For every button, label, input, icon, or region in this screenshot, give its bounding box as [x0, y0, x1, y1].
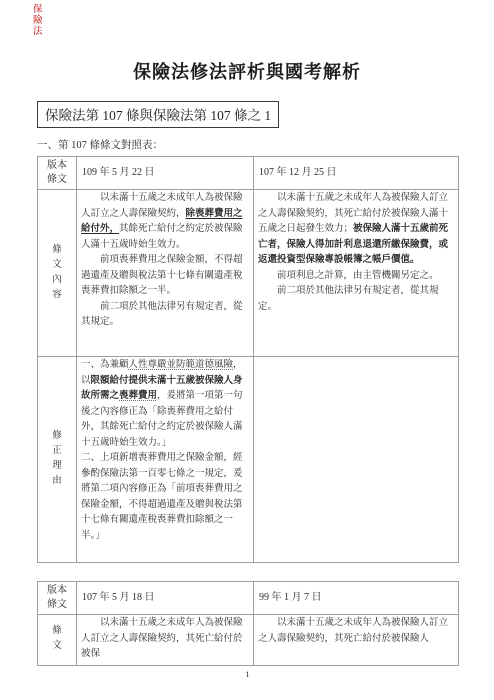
- row-header-version: 版本條文: [38, 157, 77, 190]
- table-row: 版本條文 109 年 5 月 22 日 107 年 12 月 25 日: [38, 157, 459, 190]
- row-header-content-2-label: 條文: [52, 624, 62, 654]
- cell-version-2-date-left: 107 年 5 月 18 日: [77, 582, 254, 615]
- cell-reason-right: [254, 357, 459, 563]
- section-heading: 一、第 107 條條文對照表：: [37, 137, 494, 152]
- table-row: 修正理由 一、為兼顧人性尊嚴並防範道德風險，以限額給付提供未滿十五歲被保險人身故…: [38, 357, 459, 563]
- row-header-content-label: 條文內容: [52, 243, 62, 303]
- cell-content-right: 以未滿十五歲之未成年人為被保險人訂立之人壽保險契約，其死亡給付於被保險人滿十五歲…: [254, 190, 459, 357]
- row-header-version-label: 版本條文: [47, 159, 67, 187]
- row-header-reason: 修正理由: [38, 357, 77, 563]
- row-header-content: 條文內容: [38, 190, 77, 357]
- row-header-reason-label: 修正理由: [52, 429, 62, 489]
- cell-content-2-right: 以未滿十五歲之未成年人為被保險人訂立之人壽保險契約，其死亡給付於被保險人: [254, 615, 459, 666]
- cell-content-2-left: 以未滿十五歲之未成年人為被保險人訂立之人壽保險契約，其死亡給付於被保: [77, 615, 254, 666]
- cell-content-left: 以未滿十五歲之未成年人為被保險人訂立之人壽保險契約，除喪葬費用之給付外，其餘死亡…: [77, 190, 254, 357]
- margin-red-label: 保險法: [33, 5, 43, 38]
- table-row: 條文內容 以未滿十五歲之未成年人為被保險人訂立之人壽保險契約，除喪葬費用之給付外…: [38, 190, 459, 357]
- subtitle-box: 保險法第 107 條與保險法第 107 條之 1: [37, 101, 279, 128]
- cell-version-date-right: 107 年 12 月 25 日: [254, 157, 459, 190]
- table-row: 條文 以未滿十五歲之未成年人為被保險人訂立之人壽保險契約，其死亡給付於被保 以未…: [38, 615, 459, 666]
- cell-version-date-left: 109 年 5 月 22 日: [77, 157, 254, 190]
- page-number: 1: [37, 669, 458, 679]
- comparison-table-107: 版本條文 109 年 5 月 22 日 107 年 12 月 25 日 條文內容…: [37, 156, 459, 563]
- cell-reason-left: 一、為兼顧人性尊嚴並防範道德風險，以限額給付提供未滿十五歲被保險人身故所需之喪葬…: [77, 357, 254, 563]
- row-header-version-2-label: 版本條文: [47, 584, 67, 612]
- row-header-version-2: 版本條文: [38, 582, 77, 615]
- cell-version-2-date-right: 99 年 1 月 7 日: [254, 582, 459, 615]
- table-row: 版本條文 107 年 5 月 18 日 99 年 1 月 7 日: [38, 582, 459, 615]
- document-page: 保險法 保險法修法評析與國考解析 保險法第 107 條與保險法第 107 條之 …: [0, 0, 494, 700]
- page-title: 保險法修法評析與國考解析: [0, 58, 494, 84]
- comparison-table-107-older: 版本條文 107 年 5 月 18 日 99 年 1 月 7 日 條文 以未滿十…: [37, 581, 459, 666]
- row-header-content-2: 條文: [38, 615, 77, 666]
